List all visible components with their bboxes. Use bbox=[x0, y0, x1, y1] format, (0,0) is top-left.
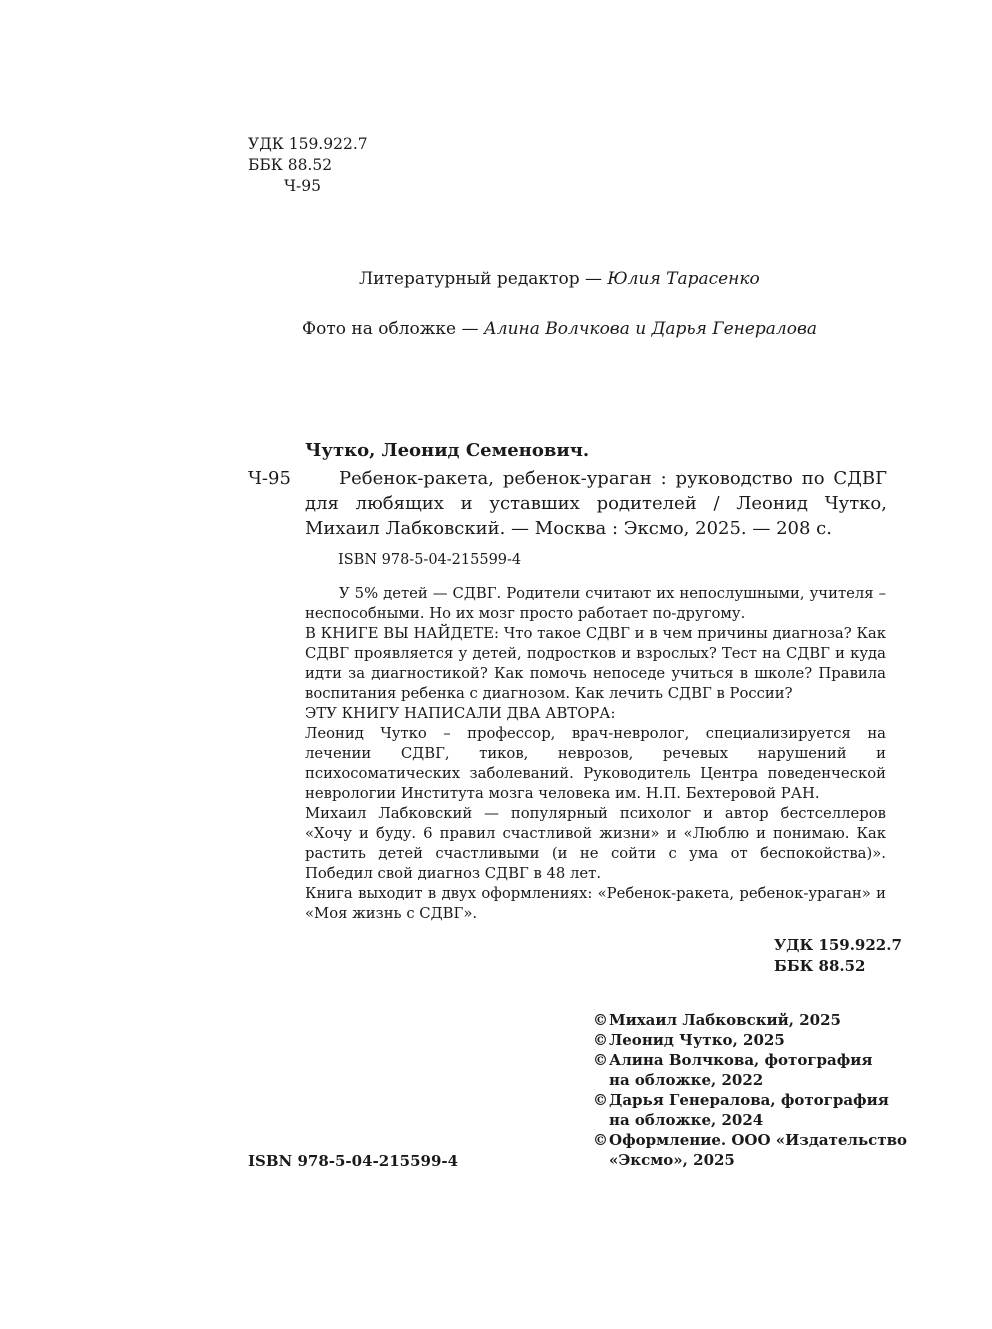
copyright-item: ©Михаил Лабковский, 2025 bbox=[593, 1010, 907, 1030]
author-mark-left: Ч-95 bbox=[248, 468, 291, 489]
isbn-bottom: ISBN 978-5-04-215599-4 bbox=[248, 1152, 458, 1170]
annotation-paragraph: Леонид Чутко – профессор, врач-невролог,… bbox=[305, 724, 886, 804]
copyright-icon: © bbox=[593, 1050, 609, 1090]
bbk-code: ББК 88.52 bbox=[248, 155, 368, 176]
copyright-icon: © bbox=[593, 1130, 609, 1170]
copyright-item: ©Леонид Чутко, 2025 bbox=[593, 1030, 907, 1050]
annotation-paragraph: В КНИГЕ ВЫ НАЙДЕТЕ: Что такое СДВГ и в ч… bbox=[305, 624, 886, 704]
copyright-text: Алина Волчкова, фотография на обложке, 2… bbox=[609, 1050, 872, 1090]
annotation: У 5% детей — СДВГ. Родители считают их н… bbox=[305, 584, 886, 924]
photo-names: Алина Волчкова и Дарья Генералова bbox=[484, 319, 817, 339]
classification-codes-bottom: УДК 159.922.7 ББК 88.52 bbox=[774, 935, 902, 977]
annotation-paragraph: ЭТУ КНИГУ НАПИСАЛИ ДВА АВТОРА: bbox=[305, 704, 886, 724]
copyright-text: Оформление. ООО «Издательство «Эксмо», 2… bbox=[609, 1130, 907, 1170]
copyright-list: ©Михаил Лабковский, 2025©Леонид Чутко, 2… bbox=[593, 1010, 907, 1170]
cover-photo-credit: Фото на обложке — Алина Волчкова и Дарья… bbox=[302, 318, 817, 340]
author-heading: Чутко, Леонид Семенович. bbox=[305, 440, 589, 461]
copyright-text: Михаил Лабковский, 2025 bbox=[609, 1010, 841, 1030]
author-mark: Ч-95 bbox=[248, 176, 368, 197]
copyright-icon: © bbox=[593, 1010, 609, 1030]
classification-codes-top: УДК 159.922.7 ББК 88.52 Ч-95 bbox=[248, 134, 368, 197]
editor-name: Юлия Тарасенко bbox=[607, 269, 759, 289]
editor-label: Литературный редактор — bbox=[359, 269, 607, 289]
isbn-record: ISBN 978-5-04-215599-4 bbox=[338, 552, 521, 568]
copyright-item: ©Алина Волчкова, фотография на обложке, … bbox=[593, 1050, 907, 1090]
copyright-icon: © bbox=[593, 1030, 609, 1050]
description-text: Ребенок-ракета, ребенок-ураган : руковод… bbox=[305, 466, 887, 541]
annotation-paragraph: У 5% детей — СДВГ. Родители считают их н… bbox=[305, 584, 886, 624]
copyright-icon: © bbox=[593, 1090, 609, 1130]
copyright-text: Леонид Чутко, 2025 bbox=[609, 1030, 785, 1050]
bbk-code-bottom: ББК 88.52 bbox=[774, 956, 902, 977]
copyright-item: ©Оформление. ООО «Издательство «Эксмо», … bbox=[593, 1130, 907, 1170]
literary-editor-credit: Литературный редактор — Юлия Тарасенко bbox=[359, 268, 760, 290]
annotation-paragraph: Михаил Лабковский — популярный психолог … bbox=[305, 804, 886, 884]
photo-label: Фото на обложке — bbox=[302, 319, 484, 339]
annotation-paragraph: Книга выходит в двух оформлениях: «Ребен… bbox=[305, 884, 886, 924]
copyright-text: Дарья Генералова, фотография на обложке,… bbox=[609, 1090, 889, 1130]
udk-code-bottom: УДК 159.922.7 bbox=[774, 935, 902, 956]
udk-code: УДК 159.922.7 bbox=[248, 134, 368, 155]
bibliographic-description: Ребенок-ракета, ребенок-ураган : руковод… bbox=[305, 466, 887, 541]
copyright-item: ©Дарья Генералова, фотография на обложке… bbox=[593, 1090, 907, 1130]
